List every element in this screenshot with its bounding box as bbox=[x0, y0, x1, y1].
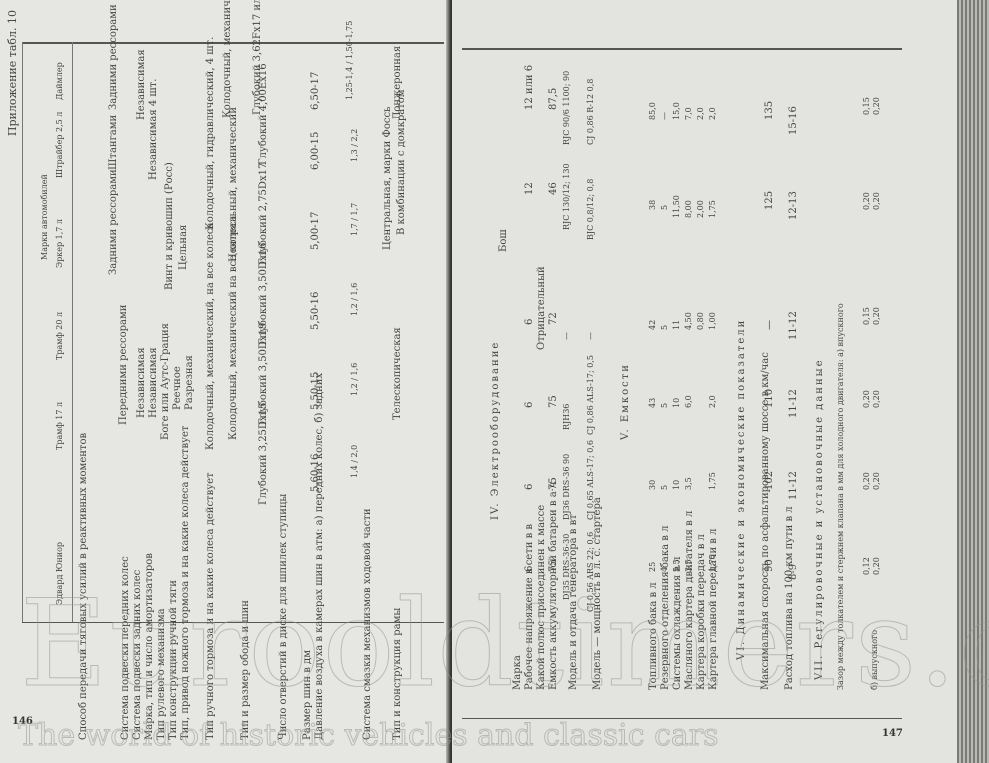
cell: 1,75 bbox=[708, 472, 717, 490]
cell: 11-12 bbox=[788, 311, 800, 340]
cell: 0,20 bbox=[862, 472, 871, 490]
cell: 1,75 bbox=[708, 554, 717, 572]
cell: 5,5 bbox=[672, 559, 681, 572]
cell: 102 bbox=[764, 471, 776, 490]
cell: Глубокий 3,62Fx17 или двойной 5"-20L bbox=[252, 0, 264, 115]
cell: Отрицательный bbox=[536, 266, 548, 350]
cell: Задними рессорами bbox=[108, 169, 120, 275]
cell: 43 bbox=[648, 398, 657, 408]
cell: 46 bbox=[548, 182, 560, 195]
cell: 42 bbox=[648, 320, 657, 330]
cell: 2,00 bbox=[696, 200, 705, 218]
cell: 6,00-15 bbox=[310, 132, 322, 170]
cell: 6,0 bbox=[684, 395, 693, 408]
cell: — bbox=[660, 112, 669, 120]
cell: 1,00 bbox=[708, 312, 717, 330]
cell: Передними рессорами bbox=[118, 305, 130, 425]
cell: 85,0 bbox=[648, 102, 657, 120]
cell: 15,0 bbox=[672, 102, 681, 120]
cell: 75 bbox=[548, 559, 560, 572]
cell: Реечное bbox=[172, 366, 184, 410]
cell: Разрезная bbox=[184, 355, 196, 410]
cell: Независимая bbox=[136, 49, 148, 120]
cell: Боге или Аутс-Грация bbox=[160, 323, 172, 440]
cell: Телескопическая bbox=[392, 327, 404, 420]
cell: 12 bbox=[524, 182, 536, 195]
cell: Лонжеронная bbox=[392, 46, 404, 120]
cell: RJC 90/6 1100; 90 bbox=[562, 71, 571, 145]
cell: 6,50-17 bbox=[310, 72, 322, 110]
cell: Центральный, механический bbox=[228, 107, 240, 262]
cell: 87,5 bbox=[548, 88, 560, 110]
cell: 1,7 / 1,7 bbox=[350, 203, 359, 236]
cell: 2,0 bbox=[708, 395, 717, 408]
left-border bbox=[22, 42, 23, 622]
cell: 0,20 bbox=[872, 472, 881, 490]
cell: 1,75 bbox=[708, 200, 717, 218]
cell: Колодочный, гидравлический, 4 шт. bbox=[205, 37, 217, 230]
cell: 11-12 bbox=[788, 471, 800, 500]
cell: 6 bbox=[524, 484, 536, 490]
cell: 1,4 / 2,0 bbox=[350, 445, 359, 478]
cell: — bbox=[562, 332, 571, 340]
cell: 5 bbox=[660, 325, 669, 330]
cell: 75 bbox=[548, 477, 560, 490]
cell: 38 bbox=[648, 200, 657, 210]
section-title: V. Емкости bbox=[620, 363, 632, 440]
cell: 6 bbox=[524, 402, 536, 408]
column-header: Штрайбер 2,5 л bbox=[55, 112, 64, 178]
cell: 0,20 bbox=[872, 390, 881, 408]
cell: 3,5 bbox=[684, 559, 693, 572]
cell: 11,50 bbox=[672, 195, 681, 218]
cell: BJC 0,8/12; 0,8 bbox=[586, 179, 595, 240]
page-number-right: 147 bbox=[882, 728, 903, 739]
cell: 11-12 bbox=[788, 389, 800, 418]
cell: 12-13 bbox=[788, 191, 800, 220]
cell: 15-16 bbox=[788, 106, 800, 135]
top-rule bbox=[462, 48, 902, 50]
cell: Задними рессорами bbox=[108, 4, 120, 110]
cell: Цельная bbox=[178, 225, 190, 270]
cell: Глубокий 2,75Dx17 bbox=[258, 163, 270, 265]
cell: 7,0 bbox=[684, 107, 693, 120]
cell: 5,50-15 bbox=[310, 372, 322, 410]
cell: 0,20 bbox=[872, 97, 881, 115]
cell: 90 bbox=[764, 559, 776, 572]
cell: 2,0 bbox=[708, 107, 717, 120]
cell: 4 bbox=[660, 567, 669, 572]
cell: 3,5 bbox=[684, 477, 693, 490]
watermark-brand: Eurooldtimers.com bbox=[20, 575, 989, 714]
appendix-header: Приложение табл. 10 bbox=[6, 10, 19, 136]
cell: 8,00 bbox=[684, 200, 693, 218]
cell: 1,25-1,4 / 1,50-1,75 bbox=[345, 21, 354, 100]
cell: 0,80 bbox=[696, 312, 705, 330]
cell: 75 bbox=[548, 395, 560, 408]
cell: 5,00-17 bbox=[310, 212, 322, 250]
cell: Винт и кривошип (Росс) bbox=[164, 162, 176, 290]
cell: 5,50-16 bbox=[310, 292, 322, 330]
cell: RJC 130/12; 130 bbox=[562, 163, 571, 230]
cell: 6 bbox=[524, 319, 536, 325]
cell: 25 bbox=[648, 562, 657, 572]
column-header: Трамф 20 л bbox=[55, 312, 64, 360]
column-header: Трамф 17 л bbox=[55, 402, 64, 450]
cell: 5,60-16 bbox=[310, 454, 322, 492]
cell: Колодочный, механический, на задние коле… bbox=[222, 0, 234, 118]
cell: 5 bbox=[660, 485, 669, 490]
cell: Центральная, марки Фоссь bbox=[382, 107, 394, 251]
cell: CJ 0,86 ALS-17; 0,5 bbox=[586, 355, 595, 435]
cell: 0,20 bbox=[872, 557, 881, 575]
cell: 5 bbox=[660, 403, 669, 408]
cell: 0,12 bbox=[862, 557, 871, 575]
cell: — bbox=[764, 320, 776, 330]
cell: 10 bbox=[672, 480, 681, 490]
cell: 0,20 bbox=[872, 307, 881, 325]
cell: Бош bbox=[498, 229, 510, 252]
column-group-header: Марки автомобилей bbox=[40, 174, 49, 260]
column-header: Эркер 1,7 л bbox=[55, 219, 64, 268]
cell: 5 bbox=[660, 205, 669, 210]
cell: 72 bbox=[548, 312, 560, 325]
cell: DJ36 DRS-36 90 bbox=[562, 454, 571, 520]
cell: 0,15 bbox=[862, 97, 871, 115]
section-title: IV. Электрооборудование bbox=[490, 341, 502, 520]
cell: 135 bbox=[764, 101, 776, 120]
cell: 12 или 6 bbox=[524, 65, 536, 110]
cell: 0,20 bbox=[862, 390, 871, 408]
cell: 10 bbox=[672, 398, 681, 408]
cell: 4,50 bbox=[684, 312, 693, 330]
cell: Колодочный, механический, на все колеса bbox=[205, 223, 217, 451]
cell: 11 bbox=[672, 320, 681, 330]
cell: 1,2 / 1,6 bbox=[350, 363, 359, 396]
cell: CJ 0,65 ALS-17; 0,6 bbox=[586, 440, 595, 520]
cell: Независимая bbox=[136, 347, 148, 418]
cell: 0,20 bbox=[862, 192, 871, 210]
watermark-tagline: The world of historic vehicles and class… bbox=[18, 718, 719, 753]
cell: CJ 0,86 R-12 0,8 bbox=[586, 79, 595, 145]
cell: Независимая 4 шт. bbox=[148, 79, 160, 180]
column-divider bbox=[72, 42, 73, 622]
cell: 1,3 / 2,2 bbox=[350, 129, 359, 162]
cell: 110 bbox=[764, 389, 776, 408]
cell: 0,15 bbox=[862, 307, 871, 325]
cell: RJH36 bbox=[562, 404, 571, 430]
cell: — bbox=[586, 332, 595, 340]
cell: 30 bbox=[648, 480, 657, 490]
column-header: Даймлер bbox=[55, 62, 64, 100]
cell: 6 bbox=[524, 566, 536, 572]
cell: 1,2 / 1,6 bbox=[350, 283, 359, 316]
cell: Штангами bbox=[108, 115, 120, 170]
cell: 0,20 bbox=[872, 192, 881, 210]
cell: 125 bbox=[764, 191, 776, 210]
cell: 2,0 bbox=[696, 107, 705, 120]
cell: Независимая bbox=[148, 347, 160, 418]
